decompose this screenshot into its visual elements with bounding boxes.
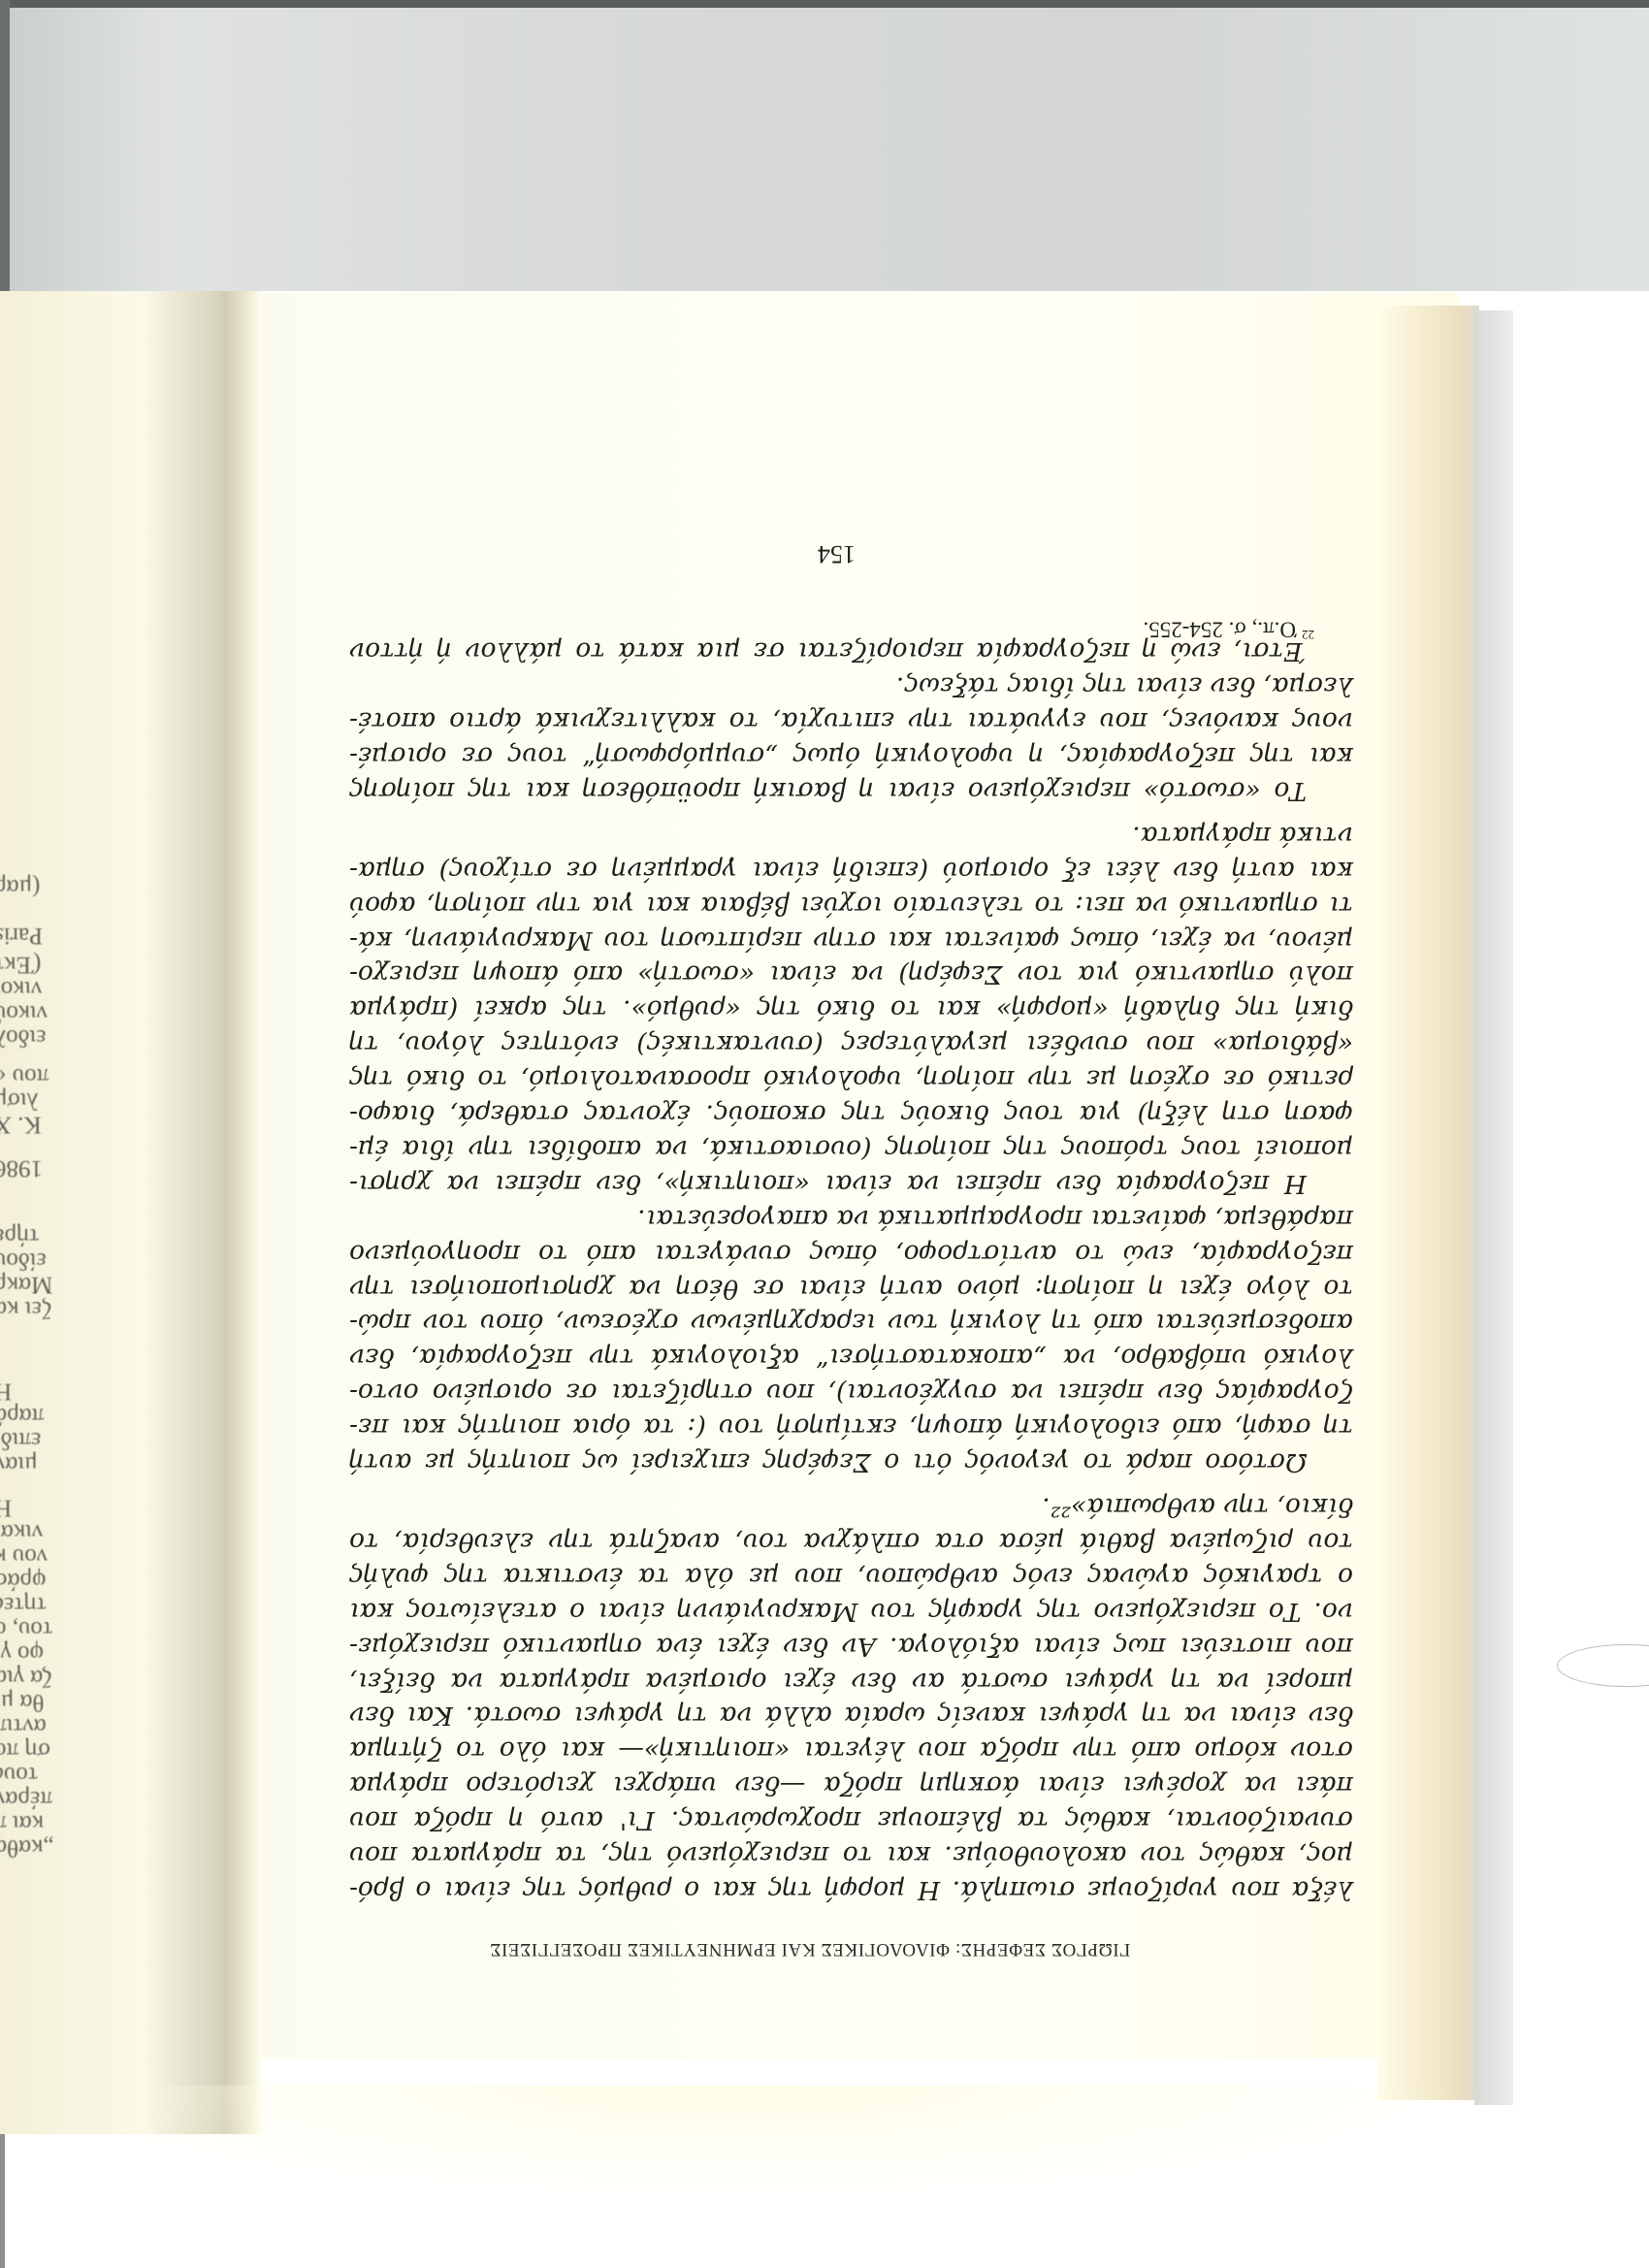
text-line: ντικά πράγματα.: [349, 818, 1353, 853]
text-line: λέξα που γυρίζουμε σιωπηλά. Η μορφή της …: [349, 1872, 1353, 1907]
text-line: παράθεμα, φαίνεται προγραμματικά να απαγ…: [349, 1201, 1353, 1236]
text-line: του ριζωμένα βαθιά μέσα στα σπλάχνα του,…: [349, 1524, 1353, 1559]
text-line: νο. Το περιεχόμενο της γραφής του Μακρυγ…: [349, 1594, 1353, 1629]
text-line: μοποιεί τους τρόπους της ποίησης (ουσιασ…: [349, 1131, 1353, 1166]
page-number: 154: [818, 539, 856, 568]
text-line: λογικό υπόβαθρο, να „αποκαταστήσει“ αξιο…: [349, 1341, 1353, 1376]
text-line: τι σημαντικό να πει: το τελευταίο ισχύει…: [349, 888, 1353, 923]
text-line: δίκιο, την ανθρωπιά»²².: [349, 1489, 1353, 1524]
page-content-rotated: ΓΙΩΡΓΟΣ ΣΕΦΕΡΗΣ: ΦΙΛΟΛΟΓΙΚΕΣ ΚΑΙ ΕΡΜΗΝΕΥ…: [0, 0, 1649, 2268]
text-line: μος, καθώς τον ακολουθούμε. και το περιε…: [349, 1837, 1353, 1872]
text-line: νους κανόνες, που εγγυάται την επιτυχία,…: [349, 703, 1353, 738]
text-line: που πιστεύει πως είναι αξιόλογα. Αν δεν …: [349, 1629, 1353, 1664]
body-text: λέξα που γυρίζουμε σιωπηλά. Η μορφή της …: [349, 633, 1353, 1907]
text-line: αποδεσμεύεται από τη λογική των ιεραρχημ…: [349, 1306, 1353, 1341]
text-line: και αυτή δεν λέει εξ ορισμού (επειδή είν…: [349, 853, 1353, 888]
text-line: πολύ σημαντικό για τον Σεφέρη) να είναι …: [349, 957, 1353, 992]
text-line: Η πεζογραφία δεν πρέπει να είναι «ποιητι…: [349, 1166, 1353, 1201]
text-line: Ωστόσο παρά το γεγονός ότι ο Σεφέρης επι…: [349, 1444, 1353, 1479]
text-line: ζογραφίας δεν πρέπει να συγχέονται), που…: [349, 1375, 1353, 1409]
running-header: ΓΙΩΡΓΟΣ ΣΕΦΕΡΗΣ: ΦΙΛΟΛΟΓΙΚΕΣ ΚΑΙ ΕΡΜΗΝΕΥ…: [359, 1938, 1261, 1960]
text-line: φαση στη λέξη) για τους δικούς της σκοπο…: [349, 1096, 1353, 1131]
text-line: δεν είναι να τη γράψει κανείς ωραία αλλά…: [349, 1699, 1353, 1733]
text-line: και της πεζογραφίας, η υφολογική όμως „σ…: [349, 738, 1353, 773]
text-line: Το «σωστό» περιεχόμενο είναι η βασική πρ…: [349, 773, 1353, 808]
footnote-marker: 22: [1302, 628, 1314, 642]
text-line: πεζογραφία, ενώ το αντίστροφο, όπως συνά…: [349, 1236, 1353, 1271]
text-line: μπορεί να τη γράψει σωστά αν δεν έχει ορ…: [349, 1664, 1353, 1699]
text-line: λεσμα, δεν είναι της ίδιας τάξεως.: [349, 668, 1353, 703]
text-line: ο τραγικός αγώνας ενός ανθρώπου, που με …: [349, 1559, 1353, 1594]
text-line: πάει να χορέψει είναι άσκημη πρόζα —δεν …: [349, 1767, 1353, 1802]
footnote-text: Ό.π., σ. 254-255.: [1143, 617, 1296, 641]
text-line: «βάδισμα» που συνδέει μεγαλύτερες (συντα…: [349, 1026, 1353, 1061]
text-line: δική της δηλαδή «μορφή» και το δικό της …: [349, 991, 1353, 1026]
text-line: τη σαφή, από ειδολογική άποψη, εκτίμησή …: [349, 1409, 1353, 1444]
text-line: ρετικό σε σχέση με την ποίηση, υφολογικό…: [349, 1061, 1353, 1096]
text-line: το λόγο έχει η ποίηση: μόνο αυτή είναι σ…: [349, 1271, 1353, 1306]
text-line: μένου, να έχει, όπως φαίνεται και στην π…: [349, 923, 1353, 957]
footnote: 22Ό.π., σ. 254-255.: [1143, 616, 1314, 642]
text-line: συναιζόονται, καθώς τα βλέπουμε προχωρών…: [349, 1802, 1353, 1837]
text-line: στον κόσμο από την πρόζα που λέγεται «πο…: [349, 1733, 1353, 1767]
